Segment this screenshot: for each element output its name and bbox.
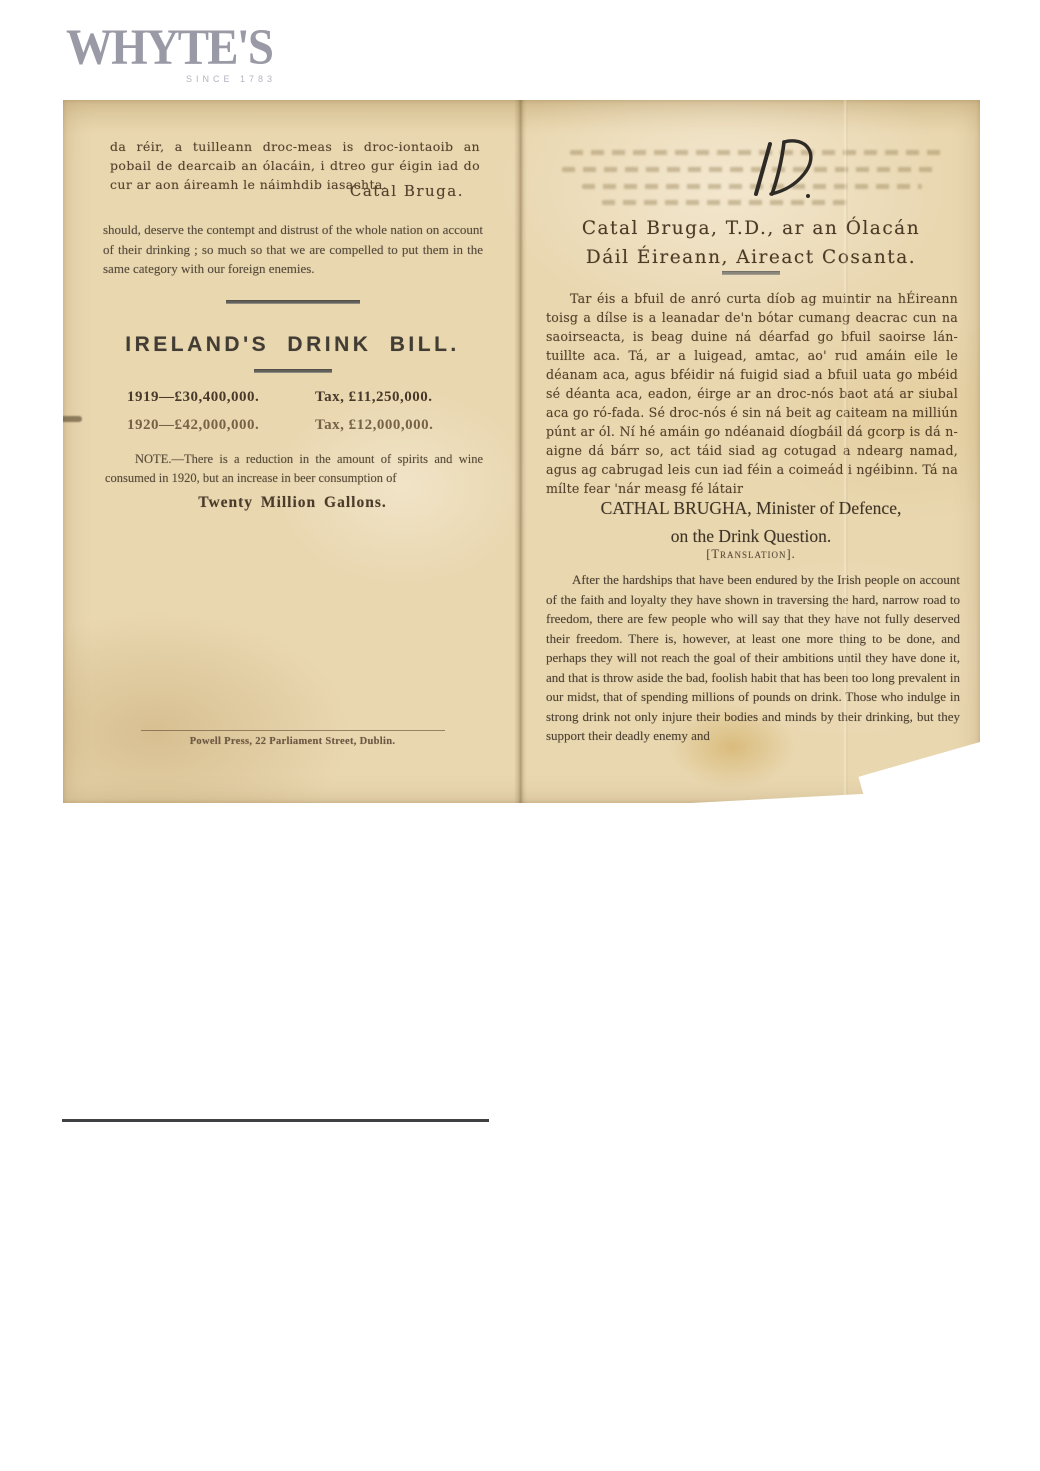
- note-paragraph: NOTE.—There is a reduction in the amount…: [105, 450, 483, 488]
- gaelic-title: Catal Bruga, T.D., ar an Ólacán Dáil Éir…: [522, 214, 980, 272]
- pamphlet-left-page: da réir, a tuilleann droc-meas is droc-i…: [63, 100, 522, 803]
- pamphlet-right-page: Catal Bruga, T.D., ar an Ólacán Dáil Éir…: [522, 100, 980, 803]
- translation-label: [Translation].: [522, 547, 980, 562]
- drink-bill-1920-tax: Tax, £12,000,000.: [315, 417, 433, 434]
- footer-divider: [62, 1119, 489, 1122]
- english-translation-paragraph: After the hardships that have been endur…: [546, 570, 960, 746]
- section-divider-top: [226, 300, 360, 304]
- drink-bill-headline: IRELAND'S DRINK BILL.: [63, 333, 522, 357]
- gaelic-title-line2: Dáil Éireann, Aireact Cosanta.: [522, 243, 980, 272]
- drink-bill-1919-amount: 1919—£30,400,000.: [127, 389, 259, 406]
- english-continuation-paragraph: should, deserve the contempt and distrus…: [103, 220, 483, 279]
- ink-smudge: [63, 416, 82, 422]
- paper-crease: [843, 100, 848, 803]
- whytes-logo[interactable]: WHYTE'S SINCE 1783: [66, 22, 276, 86]
- document-scan[interactable]: da réir, a tuilleann droc-meas is droc-i…: [63, 100, 980, 803]
- drink-bill-1919-tax: Tax, £11,250,000.: [315, 389, 433, 406]
- printer-imprint: Powell Press, 22 Parliament Street, Dubl…: [63, 736, 522, 747]
- title-divider: [722, 271, 780, 275]
- handwritten-price-mark: [742, 134, 826, 206]
- drink-bill-1920-amount: 1920—£42,000,000.: [127, 417, 259, 434]
- section-divider-bottom: [254, 369, 332, 373]
- english-title: CATHAL BRUGHA, Minister of Defence, on t…: [522, 494, 980, 550]
- logo-text: WHYTE'S: [66, 22, 259, 76]
- beer-consumption-emphasis: Twenty Million Gallons.: [63, 494, 522, 512]
- english-title-line2: on the Drink Question.: [522, 522, 980, 550]
- logo-tagline: SINCE 1783: [186, 74, 276, 84]
- gaelic-signature: Catal Bruga.: [350, 182, 464, 200]
- imprint-rule: [141, 730, 445, 731]
- gaelic-body-paragraph: Tar éis a bfuil de anró curta díob ag mu…: [546, 289, 958, 498]
- gaelic-title-line1: Catal Bruga, T.D., ar an Ólacán: [522, 214, 980, 243]
- english-title-line1: CATHAL BRUGHA, Minister of Defence,: [522, 494, 980, 522]
